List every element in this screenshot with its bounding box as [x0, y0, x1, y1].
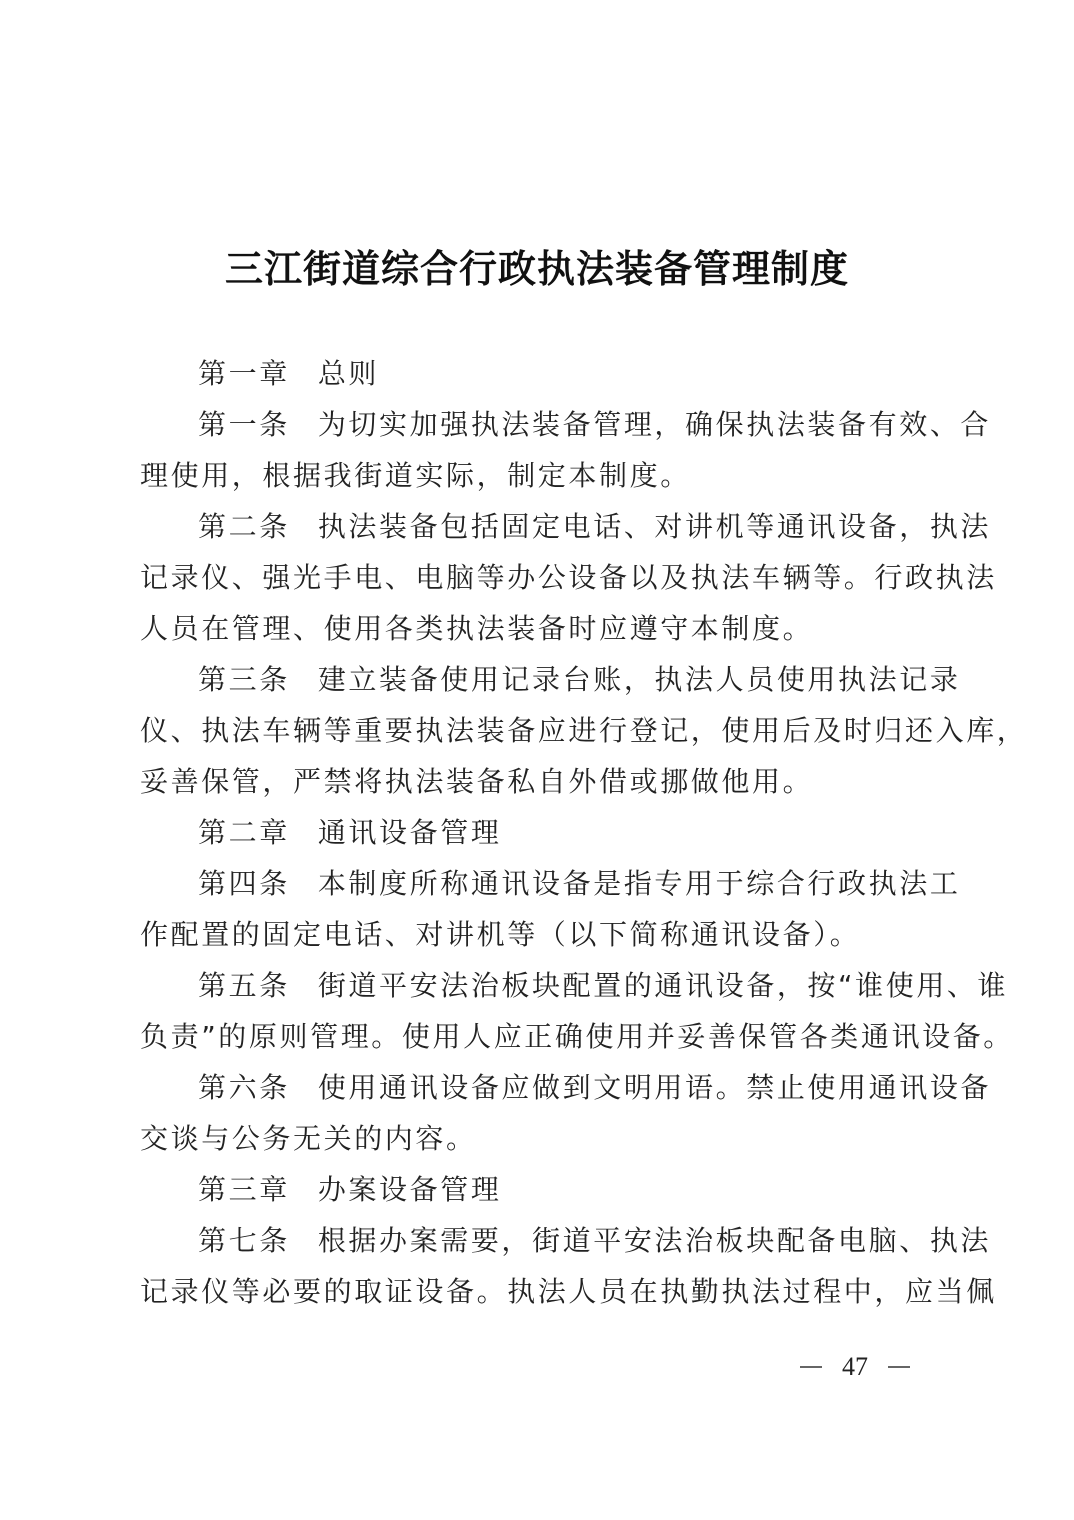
line-text: 建立装备使用记录台账，执法人员使用执法记录: [318, 663, 961, 696]
text-line: 作配置的固定电话、对讲机等（以下简称通讯设备）。: [140, 909, 940, 960]
article-line: 第二条执法装备包括固定电话、对讲机等通讯设备，执法: [140, 501, 940, 552]
line-text: 交谈与公务无关的内容。: [140, 1122, 477, 1155]
text-line: 仪、执法车辆等重要执法装备应进行登记，使用后及时归还入库，: [140, 705, 940, 756]
document-body: 第一章总则第一条为切实加强执法装备管理，确保执法装备有效、合理使用，根据我街道实…: [140, 348, 940, 1317]
text-line: 负责”的原则管理。使用人应正确使用并妥善保管各类通讯设备。: [140, 1011, 940, 1062]
line-text: 执法装备包括固定电话、对讲机等通讯设备，执法: [318, 510, 991, 543]
article-label: 第五条: [198, 969, 290, 1002]
document-title: 三江街道综合行政执法装备管理制度: [0, 238, 1074, 293]
line-text: 通讯设备管理: [318, 816, 502, 849]
text-line: 人员在管理、使用各类执法装备时应遵守本制度。: [140, 603, 940, 654]
line-text: 街道平安法治板块配置的通讯设备，按“谁使用、谁: [318, 969, 1008, 1002]
line-text: 负责”的原则管理。使用人应正确使用并妥善保管各类通讯设备。: [140, 1020, 1014, 1053]
line-text: 理使用，根据我街道实际，制定本制度。: [140, 459, 691, 492]
line-text: 妥善保管，严禁将执法装备私自外借或挪做他用。: [140, 765, 813, 798]
page-number: 47: [800, 1352, 910, 1382]
dash-left: [800, 1366, 822, 1368]
text-line: 记录仪、强光手电、电脑等办公设备以及执法车辆等。行政执法: [140, 552, 940, 603]
dash-right: [888, 1366, 910, 1368]
article-label: 第七条: [198, 1224, 290, 1257]
article-line: 第七条根据办案需要，街道平安法治板块配备电脑、执法: [140, 1215, 940, 1266]
line-text: 使用通讯设备应做到文明用语。禁止使用通讯设备: [318, 1071, 991, 1104]
article-label: 第二条: [198, 510, 290, 543]
article-label: 第六条: [198, 1071, 290, 1104]
article-line: 第一章总则: [140, 348, 940, 399]
line-text: 本制度所称通讯设备是指专用于综合行政执法工: [318, 867, 961, 900]
line-text: 人员在管理、使用各类执法装备时应遵守本制度。: [140, 612, 813, 645]
line-text: 记录仪、强光手电、电脑等办公设备以及执法车辆等。行政执法: [140, 561, 997, 594]
text-line: 交谈与公务无关的内容。: [140, 1113, 940, 1164]
article-line: 第一条为切实加强执法装备管理，确保执法装备有效、合: [140, 399, 940, 450]
text-line: 理使用，根据我街道实际，制定本制度。: [140, 450, 940, 501]
article-label: 第二章: [198, 816, 290, 849]
article-line: 第六条使用通讯设备应做到文明用语。禁止使用通讯设备: [140, 1062, 940, 1113]
article-label: 第三章: [198, 1173, 290, 1206]
article-label: 第一条: [198, 408, 290, 441]
line-text: 根据办案需要，街道平安法治板块配备电脑、执法: [318, 1224, 991, 1257]
line-text: 记录仪等必要的取证设备。执法人员在执勤执法过程中，应当佩: [140, 1275, 997, 1308]
page-number-value: 47: [842, 1352, 868, 1382]
article-label: 第一章: [198, 357, 290, 390]
article-line: 第五条街道平安法治板块配置的通讯设备，按“谁使用、谁: [140, 960, 940, 1011]
article-line: 第二章通讯设备管理: [140, 807, 940, 858]
text-line: 记录仪等必要的取证设备。执法人员在执勤执法过程中，应当佩: [140, 1266, 940, 1317]
line-text: 作配置的固定电话、对讲机等（以下简称通讯设备）。: [140, 918, 860, 951]
line-text: 总则: [318, 357, 379, 390]
text-line: 妥善保管，严禁将执法装备私自外借或挪做他用。: [140, 756, 940, 807]
article-line: 第四条本制度所称通讯设备是指专用于综合行政执法工: [140, 858, 940, 909]
article-label: 第三条: [198, 663, 290, 696]
article-line: 第三条建立装备使用记录台账，执法人员使用执法记录: [140, 654, 940, 705]
line-text: 仪、执法车辆等重要执法装备应进行登记，使用后及时归还入库，: [140, 714, 1027, 747]
article-line: 第三章办案设备管理: [140, 1164, 940, 1215]
line-text: 为切实加强执法装备管理，确保执法装备有效、合: [318, 408, 991, 441]
article-label: 第四条: [198, 867, 290, 900]
line-text: 办案设备管理: [318, 1173, 502, 1206]
